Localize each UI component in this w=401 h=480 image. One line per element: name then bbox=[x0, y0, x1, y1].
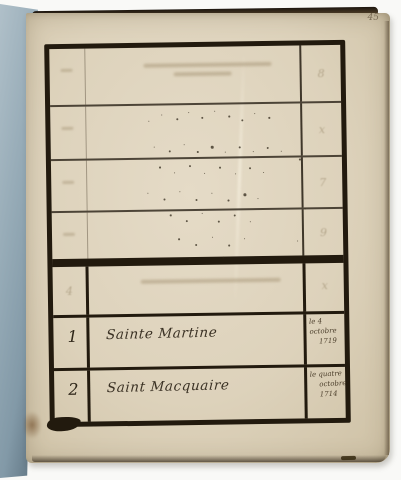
table-row: x bbox=[50, 101, 342, 159]
show-through-mark: x bbox=[306, 279, 344, 293]
register-entry-row: 1 Sainte Martine le 4 octobre 1719 bbox=[53, 311, 345, 368]
show-through-text bbox=[174, 71, 232, 76]
show-through-mark: x bbox=[319, 123, 325, 136]
show-through-mark: 7 bbox=[319, 176, 326, 189]
table-row: 8 bbox=[49, 45, 341, 105]
edge-stain bbox=[24, 411, 42, 439]
entry-date-line: le 4 octobre bbox=[309, 315, 345, 337]
name-cell bbox=[86, 103, 301, 158]
name-cell bbox=[87, 157, 302, 210]
entry-date-cell: le quatre octobre 1714 bbox=[304, 367, 346, 419]
entry-number: 2 bbox=[54, 371, 87, 399]
table-lower-section: 4 x 1 Sainte Martine le 4 octob bbox=[52, 255, 345, 422]
show-through-mark bbox=[62, 181, 74, 184]
register-entry-row: 2 Saint Macquaire le quatre octobre 1714 bbox=[54, 364, 346, 422]
entry-name: Saint Macquaire bbox=[89, 366, 305, 396]
entry-number-cell: 2 bbox=[54, 371, 91, 423]
show-through-text bbox=[143, 62, 271, 68]
entry-name-cell: Sainte Martine bbox=[89, 314, 304, 367]
number-cell: 4 bbox=[52, 267, 89, 316]
hand-ruled-register-table: 8 x 7 9 4 bbox=[44, 40, 351, 427]
entry-name: Sainte Martine bbox=[89, 313, 305, 343]
number-cell bbox=[52, 213, 89, 260]
date-cell: 9 bbox=[302, 209, 344, 256]
page-bottom-edge bbox=[32, 455, 386, 462]
show-through-mark bbox=[61, 127, 73, 130]
show-through-mark bbox=[61, 69, 73, 72]
number-cell bbox=[50, 107, 87, 160]
date-cell: x bbox=[300, 103, 342, 156]
number-cell bbox=[51, 161, 88, 212]
entry-date-line: 1719 bbox=[310, 335, 345, 347]
date-cell: 7 bbox=[301, 157, 343, 208]
number-cell bbox=[49, 49, 86, 106]
name-cell bbox=[88, 209, 303, 258]
name-cell bbox=[88, 263, 303, 314]
date-cell: x bbox=[302, 263, 344, 312]
show-through-text bbox=[141, 278, 281, 284]
show-through-mark: 9 bbox=[320, 226, 327, 239]
show-through-mark: 4 bbox=[66, 284, 73, 297]
table-header-row: 4 x bbox=[52, 263, 344, 315]
bottom-edge-mark bbox=[341, 456, 356, 460]
table-row: 9 bbox=[52, 207, 344, 259]
entry-date: le 4 octobre 1719 bbox=[306, 313, 346, 347]
entry-date-cell: le 4 octobre 1719 bbox=[303, 314, 345, 365]
entry-name-cell: Saint Macquaire bbox=[90, 367, 305, 421]
entry-date: le quatre octobre 1714 bbox=[306, 366, 346, 400]
show-through-mark bbox=[63, 233, 75, 236]
entry-number-cell: 1 bbox=[53, 318, 90, 369]
show-through-mark: 8 bbox=[318, 67, 325, 80]
name-cell bbox=[85, 45, 300, 104]
entry-number: 1 bbox=[53, 318, 86, 346]
page-right-edge bbox=[384, 21, 389, 455]
entry-date-line: 1714 bbox=[311, 388, 346, 400]
table-row: 7 bbox=[51, 155, 343, 211]
scanned-register-page: 45 8 x bbox=[0, 0, 401, 480]
folio-number: 45 bbox=[368, 13, 379, 23]
date-cell: 8 bbox=[299, 45, 341, 102]
